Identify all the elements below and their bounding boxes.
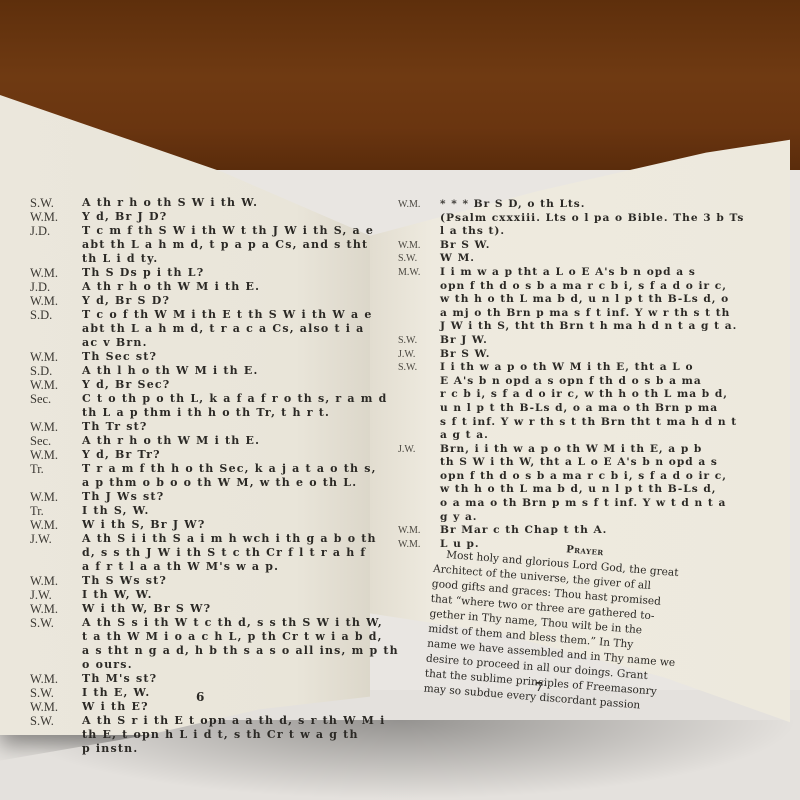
dialogue-entry: S.D.A th l h o th W M i th E. (30, 364, 360, 378)
text-line: Th Tr st? (82, 420, 360, 434)
speaker-label: W.M. (30, 448, 82, 462)
speaker-label: J.D. (30, 280, 82, 294)
text-line: W i th E? (82, 700, 360, 714)
speaker-label: W.M. (30, 574, 82, 588)
dialogue-entry: W.M.W i th S, Br J W? (30, 518, 360, 532)
dialogue-entry: Sec.C t o th p o th L, k a f a f r o th … (30, 392, 360, 420)
dialogue-text: Th J Ws st? (82, 490, 360, 504)
dialogue-text: T c o f th W M i th E t th S W i th W a … (82, 308, 373, 350)
text-line: Th S Ds p i th L? (82, 266, 360, 280)
dialogue-entry: W.M.W i th E? (30, 700, 360, 714)
speaker-label: W.M. (30, 210, 82, 224)
dialogue-entry: W.M.Br S W. (398, 239, 778, 253)
speaker-label: S.D. (30, 364, 82, 378)
dialogue-text: Y d, Br Tr? (82, 448, 360, 462)
dialogue-entry: S.W.I i th w a p o th W M i th E, tht a … (398, 361, 778, 443)
speaker-label: S.W. (398, 361, 440, 443)
text-line: C t o th p o th L, k a f a f r o th s, r… (82, 392, 388, 406)
dialogue-text: W M. (440, 252, 778, 266)
right-page-dialogue: W.M.* * * Br S D, o th Lts.(Psalm cxxxii… (398, 198, 778, 551)
dialogue-text: C t o th p o th L, k a f a f r o th s, r… (82, 392, 388, 420)
prayer-section: Prayer Most holy and glorious Lord God, … (423, 532, 735, 720)
speaker-label: S.W. (398, 334, 440, 348)
dialogue-entry: W.M.Y d, Br S D? (30, 294, 360, 308)
speaker-label: S.D. (30, 308, 82, 350)
speaker-label: W.M. (30, 350, 82, 364)
text-line: I th W, W. (82, 588, 360, 602)
speaker-label: J.W. (398, 348, 440, 362)
text-line: I i m w a p tht a L o E A's b n opd a s (440, 266, 778, 280)
dialogue-entry: J.W.A th S i i th S a i m h wch i th g a… (30, 532, 360, 574)
text-line: W M. (440, 252, 778, 266)
text-line: d, s s th J W i th S t c th Cr f l t r a… (82, 546, 377, 560)
speaker-label: J.D. (30, 224, 82, 266)
text-line: T r a m f th h o th Sec, k a j a t a o t… (82, 462, 377, 476)
prayer-body: Most holy and glorious Lord God, the gre… (423, 547, 734, 720)
text-line: J W i th S, tht th Brn t h ma h d n t a … (440, 320, 778, 334)
text-line: W i th W, Br S W? (82, 602, 360, 616)
text-line: th S W i th W, tht a L o E A's b n opd a… (440, 456, 778, 470)
text-line: Th Sec st? (82, 350, 360, 364)
dialogue-text: W i th E? (82, 700, 360, 714)
speaker-label: J.W. (30, 532, 82, 574)
text-line: * * * Br S D, o th Lts. (440, 198, 778, 212)
dialogue-text: A th S s i th W t c th d, s s th S W i t… (82, 616, 399, 672)
speaker-label: W.M. (30, 518, 82, 532)
text-line: o ours. (82, 658, 399, 672)
dialogue-entry: S.W.Br J W. (398, 334, 778, 348)
text-line: a p thm o b o o th W M, w th e o th L. (82, 476, 377, 490)
dialogue-text: I i m w a p tht a L o E A's b n opd a so… (440, 266, 778, 334)
speaker-label: W.M. (30, 602, 82, 616)
text-line: a s tht n g a d, h b th s a s o all ins,… (82, 644, 399, 658)
text-line: A th S i i th S a i m h wch i th g a b o… (82, 532, 377, 546)
left-page-number: 6 (196, 690, 204, 704)
dialogue-entry: J.W.Brn, i i th w a p o th W M i th E, a… (398, 443, 778, 525)
text-line: Br S W. (440, 239, 778, 253)
text-line: Brn, i i th w a p o th W M i th E, a p b (440, 443, 778, 457)
speaker-label: J.W. (30, 588, 82, 602)
text-line: A th r h o th W M i th E. (82, 434, 360, 448)
speaker-label: W.M. (30, 378, 82, 392)
text-line: a f r t l a a th W M's w a p. (82, 560, 377, 574)
dialogue-entry: S.W.A th S r i th E t opn a a th d, s r … (30, 714, 360, 756)
speaker-label: W.M. (30, 672, 82, 686)
speaker-label: Tr. (30, 504, 82, 518)
dialogue-entry: W.M.Th S Ws st? (30, 574, 360, 588)
dialogue-text: A th r h o th W M i th E. (82, 280, 360, 294)
dialogue-entry: W.M.Th Tr st? (30, 420, 360, 434)
text-line: a g t a. (440, 429, 778, 443)
dialogue-text: Y d, Br J D? (82, 210, 360, 224)
dialogue-entry: J.D.T c m f th S W i th W t th J W i th … (30, 224, 360, 266)
text-line: opn f th d o s b a ma r c b i, s f a d o… (440, 280, 778, 294)
text-line: Th J Ws st? (82, 490, 360, 504)
dialogue-entry: J.D.A th r h o th W M i th E. (30, 280, 360, 294)
speaker-label: W.M. (30, 420, 82, 434)
speaker-label: W.M. (30, 294, 82, 308)
speaker-label: S.W. (30, 196, 82, 210)
dialogue-entry: S.D.T c o f th W M i th E t th S W i th … (30, 308, 360, 350)
dialogue-entry: W.M.Th S Ds p i th L? (30, 266, 360, 280)
dialogue-text: A th l h o th W M i th E. (82, 364, 360, 378)
speaker-label: S.W. (30, 714, 82, 756)
text-line: I i th w a p o th W M i th E, tht a L o (440, 361, 778, 375)
dialogue-text: I th E, W. (82, 686, 360, 700)
speaker-label: J.W. (398, 443, 440, 525)
dialogue-text: W i th W, Br S W? (82, 602, 360, 616)
speaker-label: W.M. (398, 524, 440, 538)
text-line: r c b i, s f a d o ir c, w th h o th L m… (440, 388, 778, 402)
text-line: t a th W M i o a c h L, p th Cr t w i a … (82, 630, 399, 644)
dialogue-text: Th S Ws st? (82, 574, 360, 588)
text-line: I th E, W. (82, 686, 360, 700)
text-line: Br S W. (440, 348, 778, 362)
text-line: A th l h o th W M i th E. (82, 364, 360, 378)
dialogue-entry: S.W.A th r h o th S W i th W. (30, 196, 360, 210)
text-line: l a ths t). (440, 225, 778, 239)
dialogue-text: Br S W. (440, 239, 778, 253)
text-line: th L i d ty. (82, 252, 374, 266)
dialogue-text: W i th S, Br J W? (82, 518, 360, 532)
text-line: T c o f th W M i th E t th S W i th W a … (82, 308, 373, 322)
dialogue-text: I th W, W. (82, 588, 360, 602)
dialogue-entry: W.M.Th M's st? (30, 672, 360, 686)
dialogue-entry: Tr.I th S, W. (30, 504, 360, 518)
speaker-label: Sec. (30, 434, 82, 448)
text-line: abt th L a h m d, t r a c a Cs, also t i… (82, 322, 373, 336)
dialogue-text: Th M's st? (82, 672, 360, 686)
dialogue-text: Brn, i i th w a p o th W M i th E, a p b… (440, 443, 778, 525)
dialogue-text: Br S W. (440, 348, 778, 362)
text-line: E A's b n opd a s opn f th d o s b a ma (440, 375, 778, 389)
text-line: abt th L a h m d, t p a p a Cs, and s th… (82, 238, 374, 252)
speaker-label: M.W. (398, 266, 440, 334)
left-page-dialogue: S.W.A th r h o th S W i th W.W.M.Y d, Br… (30, 196, 360, 756)
dialogue-entry: W.M.W i th W, Br S W? (30, 602, 360, 616)
text-line: p instn. (82, 742, 385, 756)
speaker-label: W.M. (30, 700, 82, 714)
dialogue-entry: M.W.I i m w a p tht a L o E A's b n opd … (398, 266, 778, 334)
dialogue-entry: W.M.Y d, Br J D? (30, 210, 360, 224)
speaker-label: W.M. (30, 490, 82, 504)
text-line: W i th S, Br J W? (82, 518, 360, 532)
dialogue-text: * * * Br S D, o th Lts.(Psalm cxxxiii. L… (440, 198, 778, 239)
dialogue-entry: W.M.Th Sec st? (30, 350, 360, 364)
text-line: a mj o th Brn p ma s f t inf. Y w r th s… (440, 307, 778, 321)
dialogue-entry: W.M.Th J Ws st? (30, 490, 360, 504)
speaker-label: S.W. (398, 252, 440, 266)
speaker-label: S.W. (30, 616, 82, 672)
dialogue-text: T c m f th S W i th W t th J W i th S, a… (82, 224, 374, 266)
text-line: A th r h o th W M i th E. (82, 280, 360, 294)
text-line: Th M's st? (82, 672, 360, 686)
dialogue-text: A th S r i th E t opn a a th d, s r th W… (82, 714, 385, 756)
text-line: A th r h o th S W i th W. (82, 196, 360, 210)
dialogue-text: A th r h o th S W i th W. (82, 196, 360, 210)
dialogue-text: Th S Ds p i th L? (82, 266, 360, 280)
dialogue-text: I i th w a p o th W M i th E, tht a L oE… (440, 361, 778, 443)
dialogue-text: Y d, Br Sec? (82, 378, 360, 392)
text-line: Y d, Br J D? (82, 210, 360, 224)
text-line: Y d, Br Sec? (82, 378, 360, 392)
speaker-label: W.M. (398, 239, 440, 253)
right-page-number: 7 (535, 680, 543, 694)
text-line: Th S Ws st? (82, 574, 360, 588)
dialogue-text: Y d, Br S D? (82, 294, 360, 308)
speaker-label: Sec. (30, 392, 82, 420)
text-line: Y d, Br S D? (82, 294, 360, 308)
dialogue-text: I th S, W. (82, 504, 360, 518)
text-line: o a ma o th Brn p m s f t inf. Y w t d n… (440, 497, 778, 511)
text-line: A th S s i th W t c th d, s s th S W i t… (82, 616, 399, 630)
text-line: I th S, W. (82, 504, 360, 518)
text-line: A th S r i th E t opn a a th d, s r th W… (82, 714, 385, 728)
dialogue-entry: Sec.A th r h o th W M i th E. (30, 434, 360, 448)
dialogue-entry: W.M.* * * Br S D, o th Lts.(Psalm cxxxii… (398, 198, 778, 239)
text-line: Y d, Br Tr? (82, 448, 360, 462)
text-line: th L a p thm i th h o th Tr, t h r t. (82, 406, 388, 420)
dialogue-entry: S.W.A th S s i th W t c th d, s s th S W… (30, 616, 360, 672)
dialogue-text: T r a m f th h o th Sec, k a j a t a o t… (82, 462, 377, 490)
dialogue-text: Th Sec st? (82, 350, 360, 364)
text-line: th E, t opn h L i d t, s th Cr t w a g t… (82, 728, 385, 742)
dialogue-entry: S.W.W M. (398, 252, 778, 266)
speaker-label: S.W. (30, 686, 82, 700)
speaker-label: W.M. (30, 266, 82, 280)
text-line: T c m f th S W i th W t th J W i th S, a… (82, 224, 374, 238)
dialogue-entry: S.W.I th E, W. (30, 686, 360, 700)
text-line: (Psalm cxxxiii. Lts o l pa o Bible. The … (440, 212, 778, 226)
dialogue-entry: J.W.I th W, W. (30, 588, 360, 602)
dialogue-text: Th Tr st? (82, 420, 360, 434)
dialogue-entry: J.W.Br S W. (398, 348, 778, 362)
speaker-label: W.M. (398, 198, 440, 239)
text-line: opn f th d o s b a ma r c b i, s f a d o… (440, 470, 778, 484)
dialogue-text: A th r h o th W M i th E. (82, 434, 360, 448)
text-line: w th h o th L ma b d, u n l p t th B-Ls … (440, 293, 778, 307)
dialogue-text: A th S i i th S a i m h wch i th g a b o… (82, 532, 377, 574)
text-line: ac v Brn. (82, 336, 373, 350)
text-line: Br J W. (440, 334, 778, 348)
dialogue-entry: W.M.Y d, Br Tr? (30, 448, 360, 462)
text-line: g y a. (440, 511, 778, 525)
dialogue-entry: Tr.T r a m f th h o th Sec, k a j a t a … (30, 462, 360, 490)
text-line: s f t inf. Y w r th s t th Brn tht t ma … (440, 416, 778, 430)
speaker-label: Tr. (30, 462, 82, 490)
dialogue-text: Br J W. (440, 334, 778, 348)
dialogue-entry: W.M.Y d, Br Sec? (30, 378, 360, 392)
text-line: u n l p t th B-Ls d, o a ma o th Brn p m… (440, 402, 778, 416)
text-line: w th h o th L ma b d, u n l p t th B-Ls … (440, 483, 778, 497)
